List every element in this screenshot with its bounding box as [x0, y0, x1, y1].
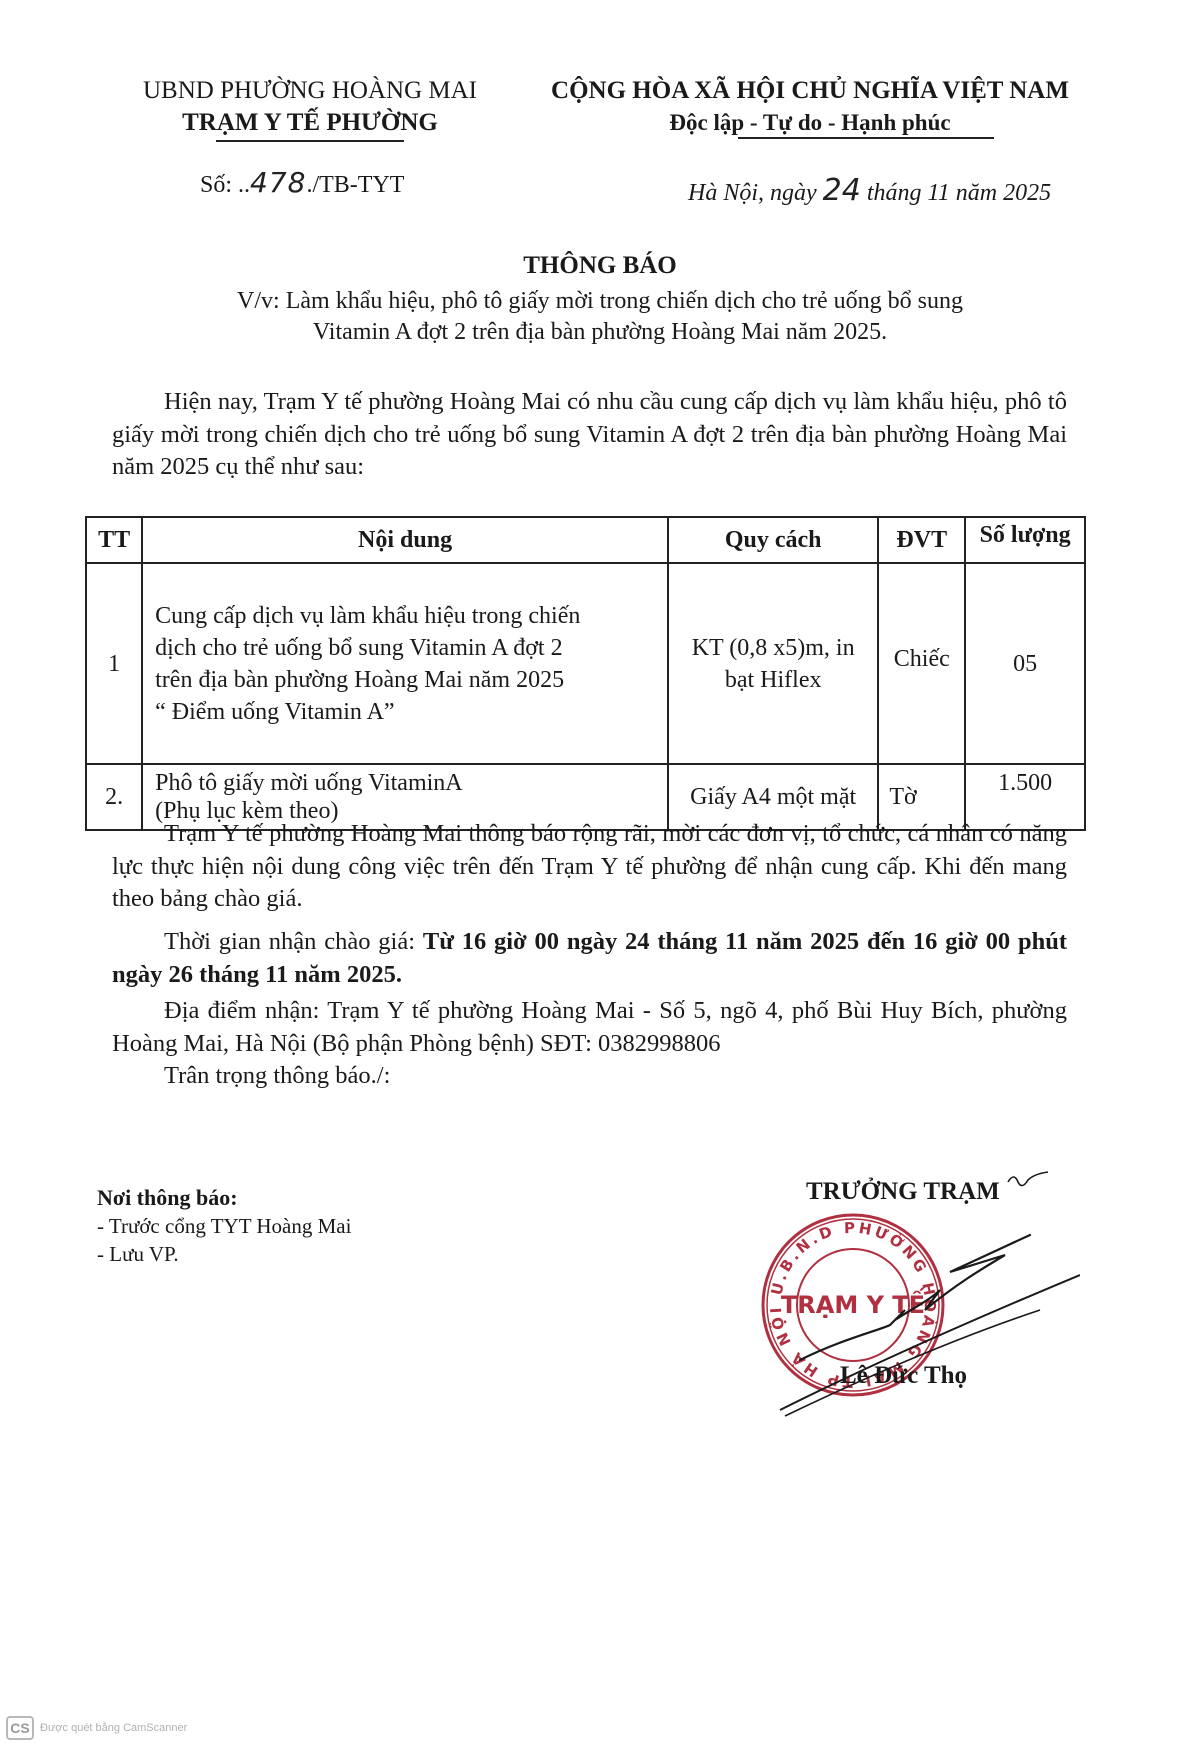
issuing-authority: UBND PHƯỜNG HOÀNG MAI TRẠM Y TẾ PHƯỜNG — [120, 74, 500, 142]
subject-line-2: Vitamin A đợt 2 trên địa bàn phường Hoàn… — [160, 317, 1040, 348]
col-header-spec: Quy cách — [668, 517, 878, 563]
cell-unit: Chiếc — [878, 563, 965, 764]
motto-rest: lập - Tự do - Hạnh phúc — [708, 110, 951, 135]
document-title: THÔNG BÁO — [0, 252, 1200, 280]
cell-quantity: 05 — [965, 563, 1085, 764]
signer-name: Lê Đức Thọ — [840, 1362, 967, 1390]
recipients-heading: Nơi thông báo: — [97, 1184, 351, 1212]
document-number: Số: ..478./TB-TYT — [200, 166, 404, 199]
org-name: TRẠM Y TẾ PHƯỜNG — [120, 108, 500, 138]
table-row: 1 Cung cấp dịch vụ làm khẩu hiệu trong c… — [86, 563, 1085, 764]
org-underline — [216, 140, 404, 142]
content-line: Phô tô giấy mời uống VitaminA — [155, 769, 667, 797]
deadline-label: Thời gian nhận chào giá: — [164, 928, 423, 955]
col-header-quantity: Số lượng — [965, 517, 1085, 563]
recipient-item: - Lưu VP. — [97, 1240, 351, 1268]
deadline-paragraph: Thời gian nhận chào giá: Từ 16 giờ 00 ng… — [112, 926, 1067, 991]
closing-line: Trân trọng thông báo./: — [112, 1060, 1067, 1093]
spec-line: KT (0,8 x5)m, in — [669, 632, 877, 664]
invitation-paragraph: Trạm Y tế phường Hoàng Mai thông báo rộn… — [112, 818, 1067, 916]
motto-prefix: Độc — [669, 110, 707, 135]
doc-no-handwritten: 478 — [250, 166, 306, 199]
cell-tt: 1 — [86, 563, 142, 764]
date-line: Hà Nội, ngày 24 tháng 11 năm 2025 — [688, 173, 1051, 208]
subject-line-1: V/v: Làm khẩu hiệu, phô tô giấy mời tron… — [160, 286, 1040, 317]
content-line: Cung cấp dịch vụ làm khẩu hiệu trong chi… — [155, 600, 667, 632]
motto-underline — [738, 137, 994, 139]
org-parent: UBND PHƯỜNG HOÀNG MAI — [120, 74, 500, 108]
camscanner-logo-icon: CS — [6, 1716, 34, 1740]
col-header-tt: TT — [86, 517, 142, 563]
table-header-row: TT Nội dung Quy cách ĐVT Số lượng — [86, 517, 1085, 563]
content-line: “ Điểm uống Vitamin A” — [155, 696, 667, 728]
scanner-watermark-text: Được quét bằng CamScanner — [40, 1722, 187, 1734]
col-header-unit: ĐVT — [878, 517, 965, 563]
scanner-watermark: CS Được quét bằng CamScanner — [6, 1716, 187, 1740]
doc-no-label: Số: .. — [200, 172, 250, 198]
content-line: dịch cho trẻ uống bổ sung Vitamin A đợt … — [155, 632, 667, 664]
items-table: TT Nội dung Quy cách ĐVT Số lượng 1 Cung… — [85, 516, 1086, 831]
spec-line: bạt Hiflex — [669, 664, 877, 696]
document-subject: V/v: Làm khẩu hiệu, phô tô giấy mời tron… — [160, 286, 1040, 348]
intro-paragraph: Hiện nay, Trạm Y tế phường Hoàng Mai có … — [112, 386, 1067, 484]
doc-no-suffix: ./TB-TYT — [306, 172, 404, 198]
content-line: trên địa bàn phường Hoàng Mai năm 2025 — [155, 664, 667, 696]
recipient-item: - Trước cổng TYT Hoàng Mai — [97, 1212, 351, 1240]
date-day-handwritten: 24 — [823, 173, 861, 208]
recipients-block: Nơi thông báo: - Trước cổng TYT Hoàng Ma… — [97, 1184, 351, 1268]
motto: Độc lập - Tự do - Hạnh phúc — [520, 108, 1100, 138]
date-suffix: tháng 11 năm 2025 — [861, 180, 1051, 206]
nation-name: CỘNG HÒA XÃ HỘI CHỦ NGHĨA VIỆT NAM — [520, 74, 1100, 108]
location-paragraph: Địa điểm nhận: Trạm Y tế phường Hoàng Ma… — [112, 995, 1067, 1060]
spec-line: Giấy A4 một mặt — [669, 783, 877, 811]
cell-spec: KT (0,8 x5)m, in bạt Hiflex — [668, 563, 878, 764]
national-header: CỘNG HÒA XÃ HỘI CHỦ NGHĨA VIỆT NAM Độc l… — [520, 74, 1100, 138]
cell-content: Cung cấp dịch vụ làm khẩu hiệu trong chi… — [142, 563, 668, 764]
date-prefix: Hà Nội, ngày — [688, 180, 823, 206]
col-header-content: Nội dung — [142, 517, 668, 563]
